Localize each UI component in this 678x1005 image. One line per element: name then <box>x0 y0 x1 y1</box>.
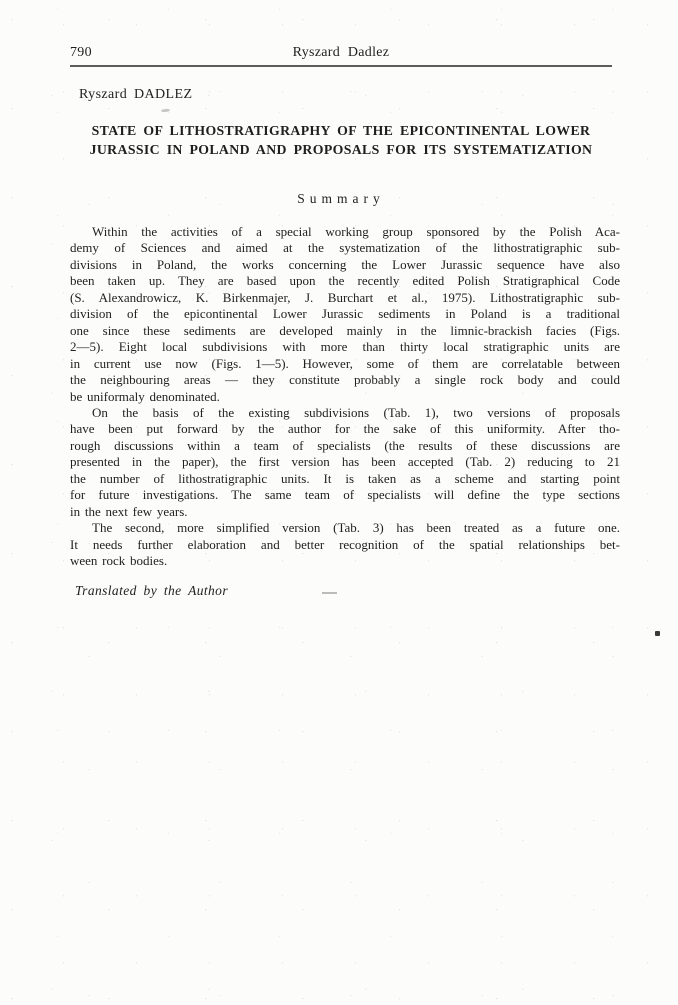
text-line: one since these sediments are developed … <box>70 323 620 339</box>
text-line: On the basis of the existing subdivision… <box>70 405 620 421</box>
title-line: JURASSIC IN POLAND AND PROPOSALS FOR ITS… <box>70 141 612 160</box>
text-line: have been put forward by the author for … <box>70 421 620 437</box>
text-line: divisions in Poland, the works concernin… <box>70 257 620 273</box>
text-line: been taken up. They are based upon the r… <box>70 273 620 289</box>
text-line: rough discussions within a team of speci… <box>70 438 620 454</box>
running-head: Ryszard Dadlez <box>70 45 612 61</box>
author-line: Ryszard DADLEZ <box>79 87 192 103</box>
text-line: 2—5). Eight local subdivisions with more… <box>70 339 620 355</box>
scan-smudge-mark <box>161 109 170 113</box>
scan-dash-artifact <box>322 592 337 594</box>
header-rule <box>70 65 612 67</box>
text-line: It needs further elaboration and better … <box>70 537 620 553</box>
text-line: Within the activities of a special worki… <box>70 224 620 240</box>
translator-signature: Translated by the Author <box>75 583 228 599</box>
text-line: (S. Alexandrowicz, K. Birkenmajer, J. Bu… <box>70 290 620 306</box>
summary-heading: Summary <box>70 191 612 207</box>
text-line: for future investigations. The same team… <box>70 487 620 503</box>
text-line: demy of Sciences and aimed at the system… <box>70 240 620 256</box>
text-line: the neighbouring areas — they constitute… <box>70 372 620 388</box>
title-line: STATE OF LITHOSTRATIGRAPHY OF THE EPICON… <box>70 122 612 141</box>
summary-body: Within the activities of a special worki… <box>70 224 620 570</box>
text-line: be uniformaly denominated. <box>70 389 620 405</box>
text-line: ween rock bodies. <box>70 553 620 569</box>
text-line: in current use now (Figs. 1—5). However,… <box>70 356 620 372</box>
text-line: in the next few years. <box>70 504 620 520</box>
text-line: The second, more simplified version (Tab… <box>70 520 620 536</box>
scanned-paper-page: 790 Ryszard Dadlez Ryszard DADLEZ STATE … <box>0 0 678 1005</box>
text-line: division of the epicontinental Lower Jur… <box>70 306 620 322</box>
text-line: the number of lithostratigraphic units. … <box>70 471 620 487</box>
page-header: 790 Ryszard Dadlez <box>70 45 612 63</box>
article-title: STATE OF LITHOSTRATIGRAPHY OF THE EPICON… <box>70 122 612 159</box>
scan-dot-artifact <box>655 631 660 636</box>
text-line: presented in the paper), the first versi… <box>70 454 620 470</box>
